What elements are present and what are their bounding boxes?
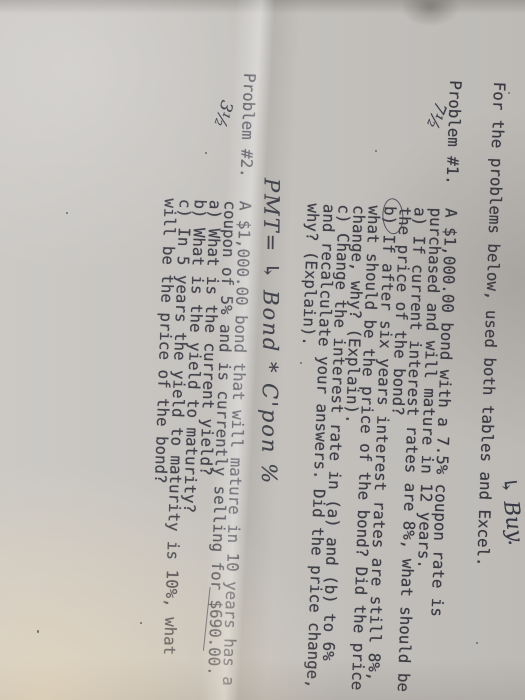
problem2-label: Problem #2. — [237, 73, 260, 178]
paper-sheet: For the problems below, used both tables… — [0, 0, 525, 700]
handwritten-pmt-note: PMT= ↳ Bond * C'pon % — [257, 178, 284, 485]
document-photo: For the problems below, used both tables… — [0, 0, 525, 700]
handwritten-margin-mark-p2: 3½ — [209, 98, 236, 130]
handwritten-buy-note: ↳ Buy. — [496, 475, 525, 546]
problem1-label: Problem #1. — [443, 80, 466, 185]
